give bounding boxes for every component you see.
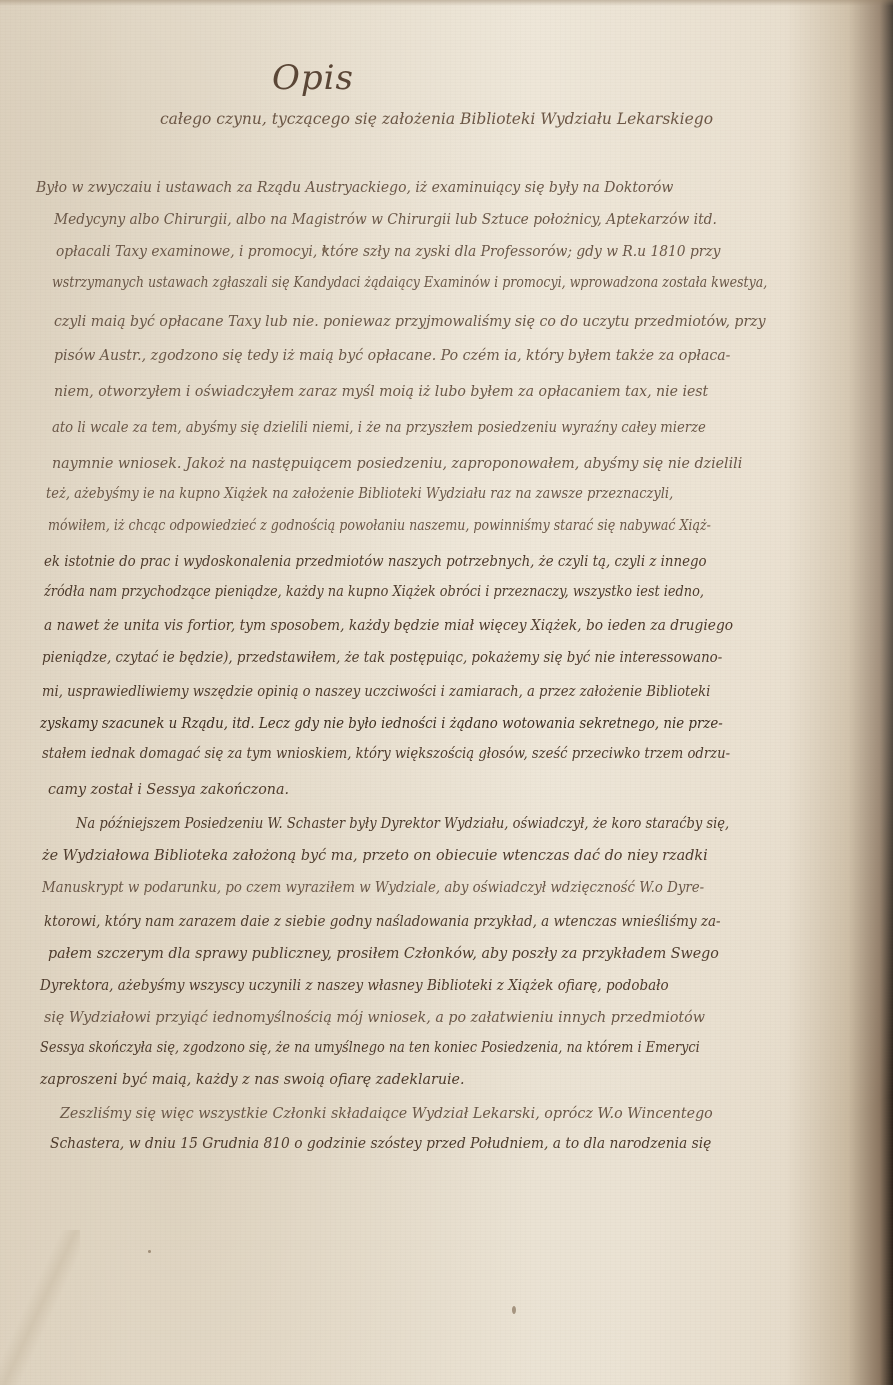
- text-line: też, ażebyśmy ie na kupno Xiążek na zało…: [46, 486, 673, 501]
- text-line: zaproszeni być maią, każdy z nas swoią o…: [40, 1072, 465, 1087]
- text-line: Sessya skończyła się, zgodzono się, że n…: [40, 1040, 700, 1055]
- text-line: źródła nam przychodzące pieniądze, każdy…: [44, 584, 704, 599]
- text-line: Było w zwyczaiu i ustawach za Rządu Aust…: [36, 180, 673, 195]
- text-line: opłacali Taxy examinowe, i promocyi, któ…: [56, 244, 720, 259]
- text-line: czyli maią być opłacane Taxy lub nie. po…: [54, 314, 766, 329]
- ink-blot: [512, 1306, 516, 1314]
- text-line: ek istotnie do prac i wydoskonalenia prz…: [44, 554, 707, 569]
- text-line: stałem iednak domagać się za tym wnioski…: [42, 746, 730, 761]
- text-line: Na późniejszem Posiedzeniu W. Schaster b…: [76, 816, 729, 831]
- text-line: mi, usprawiedliwiemy wszędzie opinią o n…: [42, 684, 710, 699]
- text-line: pieniądze, czytać ie będzie), przedstawi…: [42, 650, 722, 665]
- text-line: mówiłem, iż chcąc odpowiedzieć z godnośc…: [48, 518, 711, 533]
- text-line: ktorowi, który nam zarazem daie z siebie…: [44, 914, 721, 929]
- manuscript-page: Opis całego czynu, tyczącego się założen…: [0, 0, 893, 1385]
- text-line: wstrzymanych ustawach zgłaszali się Kand…: [52, 275, 767, 290]
- document-heading: Opis: [272, 58, 354, 98]
- text-line: Zeszliśmy się więc wszystkie Członki skł…: [60, 1106, 713, 1121]
- text-line: pałem szczerym dla sprawy publiczney, pr…: [48, 946, 719, 961]
- ink-blot: [322, 247, 327, 252]
- text-line: Schastera, w dniu 15 Grudnia 810 o godzi…: [50, 1136, 711, 1151]
- text-line: Medycyny albo Chirurgii, albo na Magistr…: [54, 212, 717, 227]
- text-line: że Wydziałowa Biblioteka założoną być ma…: [42, 848, 708, 863]
- paper-fold-crease: [0, 1230, 80, 1385]
- text-line: zyskamy szacunek u Rządu, itd. Lecz gdy …: [40, 716, 723, 731]
- ink-blot: [148, 1250, 151, 1253]
- text-line: naymnie wniosek. Jakoż na następuiącem p…: [52, 456, 742, 471]
- text-line: ato li wcale za tem, abyśmy się dzielili…: [52, 420, 706, 435]
- text-line: Manuskrypt w podarunku, po czem wyraziłe…: [42, 880, 704, 895]
- text-line: pisów Austr., zgodzono się tedy iż maią …: [54, 348, 730, 363]
- text-line: się Wydziałowi przyiąć iednomyślnością m…: [44, 1010, 705, 1025]
- text-line: Dyrektora, ażebyśmy wszyscy uczynili z n…: [40, 978, 669, 993]
- document-subheading: całego czynu, tyczącego się założenia Bi…: [160, 110, 780, 128]
- text-line: a nawet że unita vis fortior, tym sposob…: [44, 618, 733, 633]
- text-line: niem, otworzyłem i oświadczyłem zaraz my…: [54, 384, 708, 399]
- text-line: camy został i Sessya zakończona.: [48, 782, 289, 797]
- paper-edge-shadow: [0, 0, 893, 6]
